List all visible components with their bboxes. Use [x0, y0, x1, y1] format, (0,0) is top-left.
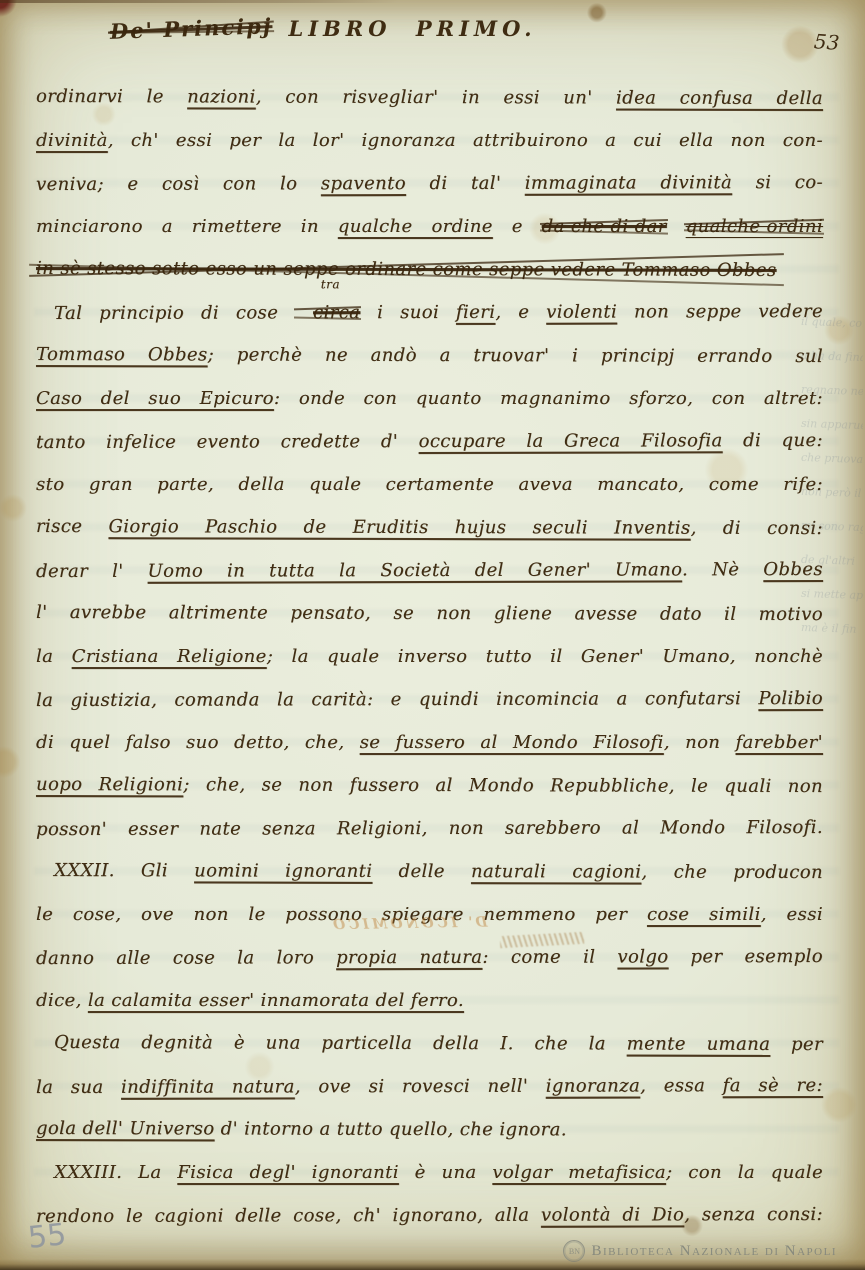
manuscript-line: derar l' Uomo in tutta la Società del Ge…	[36, 548, 823, 593]
text-run: di tal'	[406, 173, 525, 194]
margin-ghost-fragment: regnano ne	[800, 373, 863, 409]
underlined-text-run: immaginata divinità	[525, 172, 732, 194]
underlined-text-run: mente umana	[627, 1034, 771, 1055]
text-run: l' avrebbe altrimente pensato, se non gl…	[36, 602, 823, 625]
folio-number-pencil: 55	[26, 1217, 68, 1256]
text-run: , che producon	[641, 862, 823, 883]
manuscript-line: l' avrebbe altrimente pensato, se non gl…	[36, 591, 823, 636]
text-run: d' intorno a tutto quello, che ignora.	[215, 1118, 567, 1140]
struck-text-run: in sè stesso sotto esso un seppe ordinar…	[36, 247, 777, 292]
text-run: veniva; e così con lo	[36, 173, 321, 195]
text-run: la giustizia, comanda la carità: e quind…	[36, 688, 758, 711]
underlined-text-run: volontà di Dio	[541, 1204, 684, 1225]
underlined-text-run: volgo	[617, 946, 668, 967]
underlined-text-run: qualche ordine	[338, 216, 493, 237]
text-run: rendono le cagioni delle cose, ch' ignor…	[36, 1205, 541, 1227]
text-run: dice,	[36, 990, 88, 1011]
struck-text-run: qualche ordini	[686, 205, 823, 248]
manuscript-line: posson' esser nate senza Religioni, non …	[36, 806, 823, 851]
underlined-text-run: violenti	[546, 302, 617, 323]
manuscript-line: Caso del suo Epicuro: onde con quanto ma…	[36, 377, 823, 420]
chapter-title: LIBRO PRIMO.	[288, 16, 536, 41]
text-run: , essa	[640, 1075, 723, 1096]
text-run: : onde con quanto magnanimo sforzo, con …	[274, 388, 823, 409]
text-run: non seppe vedere	[617, 301, 823, 323]
margin-bleedthrough: il quale, cona ha da finanregnano nesin …	[801, 306, 863, 646]
manuscript-line: dice, la calamita esser' innamorata del …	[36, 979, 823, 1022]
manuscript-line: danno alle cose la loro propia natura: c…	[36, 935, 823, 980]
underlined-text-run: Caso del suo Epicuro	[36, 388, 274, 409]
text-run: i suoi	[360, 302, 456, 323]
struck-text-run: circatra	[295, 291, 360, 334]
margin-ghost-fragment: il quale, con	[800, 305, 863, 341]
manuscript-line: risce Giorgio Paschio de Eruditis hujus …	[36, 505, 823, 550]
text-run: ; con la quale	[666, 1162, 823, 1183]
manuscript-line: ordinarvi le nazioni, con risvegliar' in…	[36, 75, 823, 120]
text-run: ordinarvi le	[36, 86, 187, 107]
underlined-text-run: nazioni	[187, 86, 256, 107]
underlined-text-run: cose simili	[647, 904, 761, 925]
underlined-text-run: uopo Religioni	[36, 774, 183, 795]
text-run: tanto infelice evento credette d'	[36, 431, 419, 453]
manuscript-line: minciarono a rimettere in qualche ordine…	[36, 205, 823, 248]
binding-corner	[0, 0, 22, 28]
underlined-text-run: idea confusa della	[616, 87, 823, 109]
underlined-text-run: Uomo in tutta la Società del Gener' Uman…	[148, 559, 683, 581]
manuscript-line: divinità, ch' essi per la lor' ignoranza…	[36, 119, 823, 162]
manuscript-line: Tommaso Obbes; perchè ne andò a truovar'…	[36, 333, 823, 378]
struck-title: De' Principj	[110, 13, 273, 44]
text-run: , senza consi:	[684, 1204, 823, 1225]
text-run: XXXII. Gli	[54, 860, 194, 881]
margin-ghost-fragment: ma è il fin	[800, 611, 863, 647]
text-run: derar l'	[36, 561, 148, 582]
manuscript-line: sto gran parte, della quale certamente a…	[36, 463, 823, 506]
manuscript-line: tanto infelice evento credette d' occupa…	[36, 419, 823, 464]
text-run: , non	[664, 732, 736, 753]
underlined-text-run: Cristiana Religione	[72, 646, 267, 667]
text-run: posson' esser nate senza Religioni, non …	[36, 817, 823, 840]
text-run: , essi	[761, 904, 823, 925]
underlined-text-run: ignoranza	[546, 1075, 641, 1096]
underlined-text-run: se fussero al Mondo Filosofi	[360, 732, 664, 753]
underlined-text-run: Fisica degl' ignoranti	[177, 1162, 399, 1183]
text-run: delle	[372, 861, 471, 882]
text-run: , e	[495, 302, 546, 323]
manuscript-line: la giustizia, comanda la carità: e quind…	[36, 677, 823, 722]
manuscript-line: XXXII. Gli uomini ignoranti delle natura…	[36, 849, 823, 894]
manuscript-page: De' Principj LIBRO PRIMO. 53 ordinarvi l…	[0, 0, 865, 1270]
underlined-text-run: naturali cagioni	[471, 861, 641, 882]
text-run: la	[36, 646, 72, 667]
page-top-edge	[0, 0, 398, 3]
library-watermark-text: Biblioteca Nazionale di Napoli	[591, 1243, 837, 1260]
underlined-text-run: la calamita esser' innamorata del ferro.	[88, 990, 464, 1011]
margin-ghost-fragment: non però il	[800, 475, 863, 511]
text-run: minciarono a rimettere in	[36, 216, 338, 237]
text-run: , ch' essi per la lor' ignoranza attribu…	[108, 130, 823, 151]
underlined-text-run: fa sè re:	[723, 1075, 823, 1096]
text-run: per	[770, 1034, 823, 1055]
manuscript-line: rendono le cagioni delle cose, ch' ignor…	[36, 1193, 823, 1238]
text-run: è una	[399, 1162, 492, 1183]
text-run: per esemplo	[668, 946, 823, 967]
text-run: di quel falso suo detto, che,	[36, 732, 360, 753]
manuscript-line: veniva; e così con lo spavento di tal' i…	[36, 161, 823, 206]
underlined-text-run: volgar metafisica	[492, 1162, 666, 1183]
underlined-text-run: Tommaso Obbes	[36, 344, 208, 365]
margin-ghost-fragment: sin apparue	[800, 407, 863, 443]
underlined-text-run: propia natura	[336, 947, 482, 968]
underlined-text-run: indiffinita natura	[121, 1076, 295, 1097]
text-run: ; la quale inverso tutto il Gener' Umano…	[267, 646, 823, 667]
margin-ghost-fragment: de gl'altri	[800, 543, 863, 579]
manuscript-line: Questa degnità è una particella della I.…	[36, 1021, 823, 1066]
underlined-text-run: Giorgio Paschio de Eruditis hujus seculi…	[108, 516, 690, 539]
underlined-text-run: uomini ignoranti	[194, 860, 372, 881]
struck-text-run: da che di dar	[542, 205, 667, 248]
text-run: ; che, se non fussero al Mondo Repubblic…	[183, 774, 823, 797]
text-run	[667, 216, 686, 237]
text-run: Tal principio di cose	[54, 302, 295, 324]
page-bottom-edge	[0, 1259, 865, 1270]
text-run: la sua	[36, 1077, 121, 1098]
manuscript-line: uopo Religioni; che, se non fussero al M…	[36, 763, 823, 808]
margin-ghost-fragment: mi sono rag	[800, 509, 863, 545]
manuscript-line: la sua indiffinita natura, ove si rovesc…	[36, 1064, 823, 1109]
underlined-text-run: occupare la Greca Filosofia	[419, 430, 723, 452]
text-run: danno alle cose la loro	[36, 947, 336, 969]
underlined-text-run: spavento	[321, 173, 406, 194]
interlinear-insertion: tra	[303, 278, 340, 290]
text-run: risce	[36, 516, 109, 537]
margin-ghost-fragment: a ha da finan	[800, 339, 863, 375]
text-run: si co-	[732, 172, 823, 193]
manuscript-line: Tal principio di cose circatra i suoi fi…	[36, 290, 823, 335]
margin-ghost-fragment: che pruovasi	[800, 441, 863, 477]
text-run: . Nè	[682, 559, 763, 580]
text-run: : come il	[482, 947, 617, 968]
page-header: De' Principj LIBRO PRIMO.	[110, 16, 537, 41]
text-run: Questa degnità è una particella della I.…	[54, 1032, 627, 1054]
text-run: e	[493, 216, 542, 237]
margin-ghost-fragment: si mette ap	[800, 577, 863, 613]
manuscript-line: XXXIII. La Fisica degl' ignoranti è una …	[36, 1151, 823, 1194]
text-run: XXXIII. La	[54, 1162, 177, 1183]
manuscript-line: di quel falso suo detto, che, se fussero…	[36, 721, 823, 764]
manuscript-line: in sè stesso sotto esso un seppe ordinar…	[36, 247, 823, 292]
manuscript-text: ordinarvi le nazioni, con risvegliar' in…	[36, 76, 823, 1237]
underlined-text-run: farebber'	[735, 732, 823, 753]
folio-number-ink: 53	[813, 29, 840, 55]
manuscript-line: la Cristiana Religione; la quale inverso…	[36, 635, 823, 678]
text-run: ; perchè ne andò a truovar' i principj e…	[208, 344, 823, 367]
underlined-text-run: divinità	[36, 130, 108, 151]
underlined-text-run: gola dell' Universo	[36, 1118, 215, 1139]
underlined-text-run: Polibio	[758, 688, 823, 709]
manuscript-line: gola dell' Universo d' intorno a tutto q…	[36, 1107, 823, 1152]
bleedthrough-mirrored-text: D' ICONOMICO	[330, 915, 488, 934]
text-run: , ove si rovesci nell'	[295, 1076, 546, 1098]
underlined-text-run: fieri	[456, 302, 495, 323]
text-run: sto gran parte, della quale certamente a…	[36, 474, 823, 495]
text-run: , con risvegliar' in essi un'	[256, 87, 616, 109]
